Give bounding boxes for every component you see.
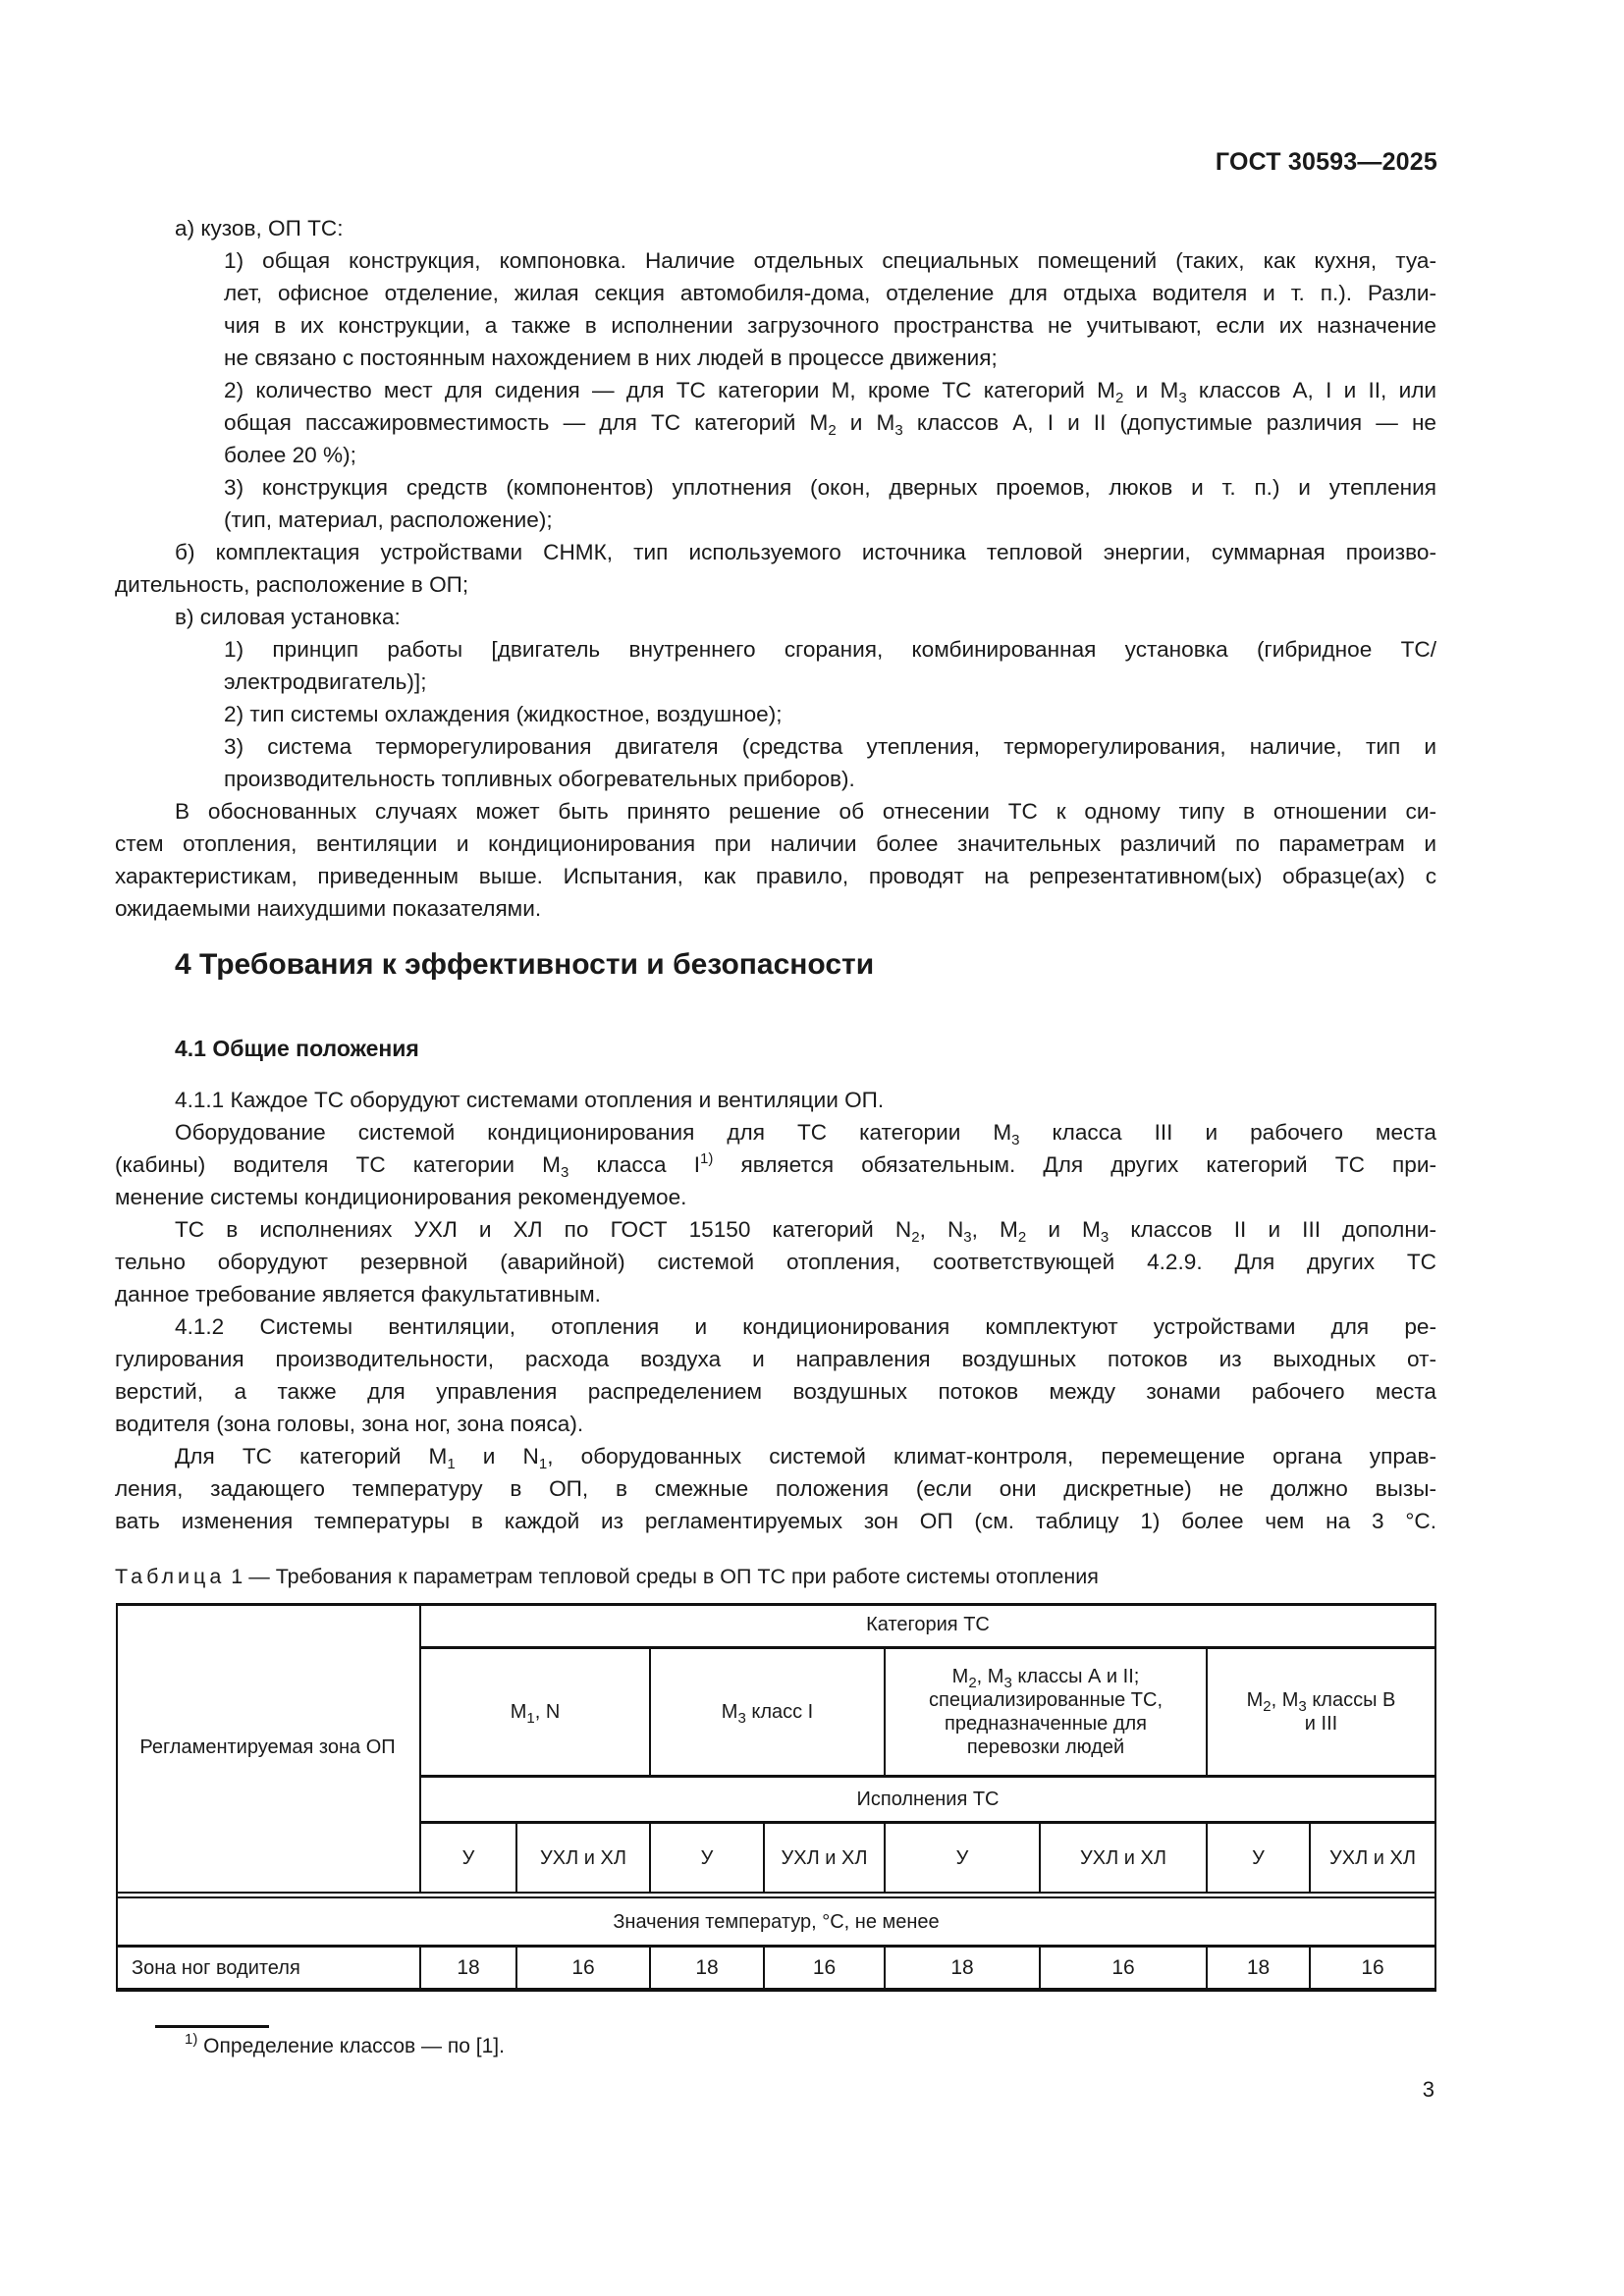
table-header-execution-1: УХЛ и ХЛ [517, 1824, 649, 1892]
list-a-item2-line1: 2) количество мест для сидения — для ТС … [224, 374, 1436, 406]
list-v-label: в) силовая установка: [175, 601, 1436, 633]
table-cell-value: 18 [651, 1948, 763, 1988]
list-a-item1-line4: не связано с постоянным нахождением в ни… [224, 342, 1436, 374]
page-number: 3 [1423, 2077, 1435, 2103]
para-typing-line1: В обоснованных случаях может быть принят… [175, 795, 1436, 828]
table-header-zone: Регламентируемая зона ОП [116, 1603, 419, 1892]
clause-4-1-1: 4.1.1 Каждое ТС оборудуют системами отоп… [175, 1084, 1436, 1116]
table-header-execution-0: У [421, 1824, 515, 1892]
clause-4-1-2-line3: верстий, а также для управления распреде… [115, 1375, 1436, 1408]
list-a-item3-line1: 3) конструкция средств (компонентов) упл… [224, 471, 1436, 504]
document-page: ГОСТ 30593—2025 а) кузов, ОП ТС: 1) обща… [0, 0, 1624, 2296]
table-header-execution-7: УХЛ и ХЛ [1311, 1824, 1435, 1892]
list-a-item2-line2: общая пассажировместимость — для ТС кате… [224, 406, 1436, 439]
table-cell-value: 16 [1311, 1948, 1435, 1988]
list-v-item1-line1: 1) принцип работы [двигатель внутреннего… [224, 633, 1436, 666]
document-id-header: ГОСТ 30593—2025 [1216, 148, 1437, 177]
list-v-item3-line1: 3) система терморегулирования двигателя … [224, 730, 1436, 763]
para-typing-line2: стем отопления, вентиляции и кондиционир… [115, 828, 1436, 860]
table-header-category: Категория ТС [421, 1603, 1435, 1646]
table-cell-value: 18 [421, 1948, 515, 1988]
table-1: Регламентируемая зона ОП Категория ТС М1… [116, 1603, 1436, 1991]
table-cell-value: 16 [517, 1948, 649, 1988]
section-4-1-heading: 4.1 Общие положения [175, 1036, 419, 1062]
table-header-execution-6: У [1208, 1824, 1309, 1892]
para-typing-line4: ожидаемыми наихудшими показателями. [115, 892, 1436, 925]
list-b-line2: дительность, расположение в ОП; [115, 568, 1436, 601]
list-a-item2-line3: более 20 %); [224, 439, 1436, 471]
table-header-execution-2: У [651, 1824, 763, 1892]
clause-4-1-2-line1: 4.1.2 Системы вентиляции, отопления и ко… [175, 1310, 1436, 1343]
table-cell-value: 16 [1041, 1948, 1206, 1988]
table-header-category-m3-class1: М3 класс I [651, 1649, 884, 1775]
table-header-execution-3: УХЛ и ХЛ [765, 1824, 884, 1892]
list-b-line1: б) комплектация устройствами СНМК, тип и… [175, 536, 1436, 568]
para-reserve-line1: ТС в исполнениях УХЛ и ХЛ по ГОСТ 15150 … [175, 1213, 1436, 1246]
table-caption: Таблица 1 — Требования к параметрам тепл… [115, 1565, 1099, 1589]
list-a-item1-line1: 1) общая конструкция, компоновка. Наличи… [224, 244, 1436, 277]
para-conditioning-line3: менение системы кондиционирования рекоме… [115, 1181, 1436, 1213]
list-v-item2: 2) тип системы охлаждения (жидкостное, в… [224, 698, 1436, 730]
table-cell-value: 18 [1208, 1948, 1309, 1988]
list-a-item1-line3: чия в их конструкции, а также в исполнен… [224, 309, 1436, 342]
table-header-category-m2-m3-b-iii: М2, М3 классы В и III [1208, 1649, 1435, 1775]
footnote-separator [155, 2025, 269, 2028]
list-v-item1-line2: электродвигатель)]; [224, 666, 1436, 698]
para-conditioning-line1: Оборудование системой кондиционирования … [175, 1116, 1436, 1148]
table-header-execution-5: УХЛ и ХЛ [1041, 1824, 1206, 1892]
list-v-item3-line2: производительность топливных обогревател… [224, 763, 1436, 795]
footnote: 1) Определение классов — по [1]. [185, 2032, 505, 2061]
list-item-a-label: а) кузов, ОП ТС: [175, 212, 1436, 244]
para-conditioning-line2: (кабины) водителя ТС категории М3 класса… [115, 1148, 1436, 1181]
table-header-category-m1-n: М1, N [421, 1649, 649, 1775]
table-cell-value: 16 [765, 1948, 884, 1988]
table-header-execution-4: У [886, 1824, 1039, 1892]
para-reserve-line3: данное требование является факультативны… [115, 1278, 1436, 1310]
para-climate-line3: вать изменения температуры в каждой из р… [115, 1505, 1436, 1537]
para-climate-line1: Для ТС категорий М1 и N1, оборудованных … [175, 1440, 1436, 1472]
para-typing-line3: характеристикам, приведенным выше. Испыт… [115, 860, 1436, 892]
list-a-item1-line2: лет, офисное отделение, жилая секция авт… [224, 277, 1436, 309]
footnote-ref[interactable]: 1) [700, 1150, 713, 1167]
clause-4-1-2-line2: гулирования производительности, расхода … [115, 1343, 1436, 1375]
table-values-subheader: Значения температур, °С, не менее [118, 1898, 1435, 1945]
table-cell-value: 18 [886, 1948, 1039, 1988]
para-reserve-line2: тельно оборудуют резервной (аварийной) с… [115, 1246, 1436, 1278]
list-a-item3-line2: (тип, материал, расположение); [224, 504, 1436, 536]
clause-4-1-2-line4: водителя (зона головы, зона ног, зона по… [115, 1408, 1436, 1440]
table-header-category-m2-m3-a-ii: М2, М3 классы А и II; специализированные… [886, 1649, 1206, 1775]
para-climate-line2: ления, задающего температуру в ОП, в сме… [115, 1472, 1436, 1505]
section-4-heading: 4 Требования к эффективности и безопасно… [175, 948, 874, 982]
table-header-execution: Исполнения ТС [421, 1778, 1435, 1821]
table-row-zone-label: Зона ног водителя [118, 1948, 419, 1988]
